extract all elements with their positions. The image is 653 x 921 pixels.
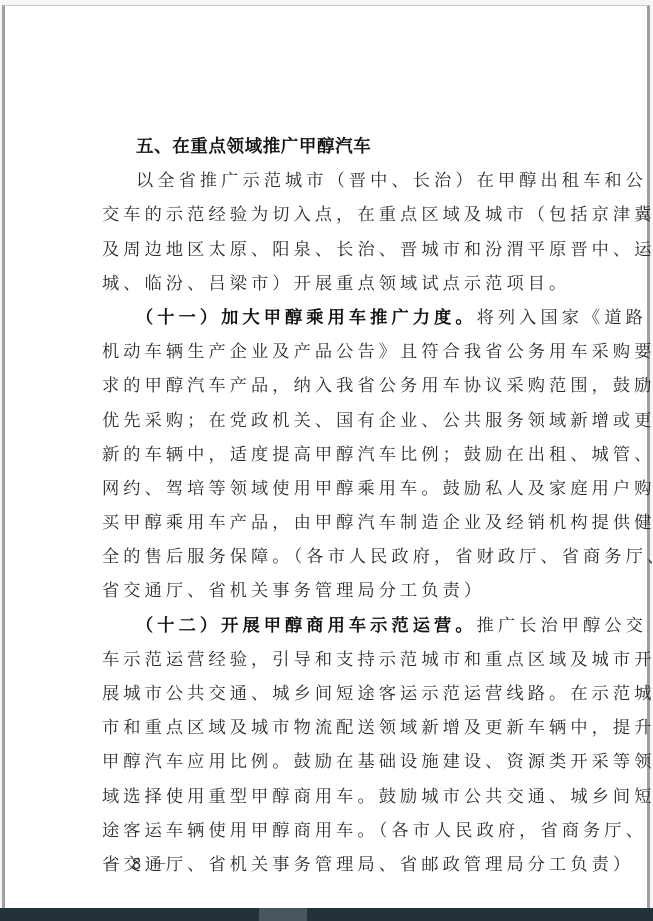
section-heading: 五、在重点领域推广甲醇汽车	[102, 130, 562, 164]
item-11-line: 新的车辆中，适度提高甲醇汽车比例；鼓励在出租、城管、	[102, 438, 562, 472]
item-11-line: 全的售后服务保障。（各市人民政府，省财政厅、省商务厅、	[102, 540, 562, 574]
item-12-first-line: （十二）开展甲醇商用车示范运营。推广长治甲醇公交	[102, 609, 562, 643]
scrollbar-thumb[interactable]	[259, 908, 307, 921]
document-page: 五、在重点领域推广甲醇汽车 以全省推广示范城市（晋中、长治）在甲醇出租车和公 交…	[2, 5, 650, 908]
intro-line: 城、临汾、吕梁市）开展重点领域试点示范项目。	[102, 267, 562, 301]
item-12-line: 展城市公共交通、城乡间短途客运示范运营线路。在示范城	[102, 677, 562, 711]
item-11-title: （十一）加大甲醇乘用车推广力度。	[136, 308, 477, 328]
item-12-title: （十二）开展甲醇商用车示范运营。	[136, 616, 477, 636]
intro-line: 及周边地区太原、阳泉、长治、晋城市和汾渭平原晋中、运	[102, 233, 562, 267]
item-12-text: 推广长治甲醇公交	[477, 616, 647, 636]
item-11-line: 求的甲醇汽车产品，纳入我省公务用车协议采购范围，鼓励	[102, 369, 562, 403]
item-12-line: 域选择使用重型甲醇商用车。鼓励城市公共交通、城乡间短	[102, 780, 562, 814]
item-12-line: 车示范运营经验，引导和支持示范城市和重点区域及城市开	[102, 643, 562, 677]
item-12-line: 甲醇汽车应用比例。鼓励在基础设施建设、资源类开采等领	[102, 745, 562, 779]
item-11-line: 机动车辆生产企业及产品公告》且符合我省公务用车采购要	[102, 335, 562, 369]
item-12-line: 途客运车辆使用甲醇商用车。（各市人民政府，省商务厅、	[102, 814, 562, 848]
item-12-line: 省交通厅、省机关事务管理局、省邮政管理局分工负责）	[102, 848, 562, 882]
intro-line: 交车的示范经验为切入点，在重点区域及城市（包括京津冀	[102, 198, 562, 232]
horizontal-scrollbar[interactable]	[0, 908, 653, 921]
item-11-line: 网约、驾培等领域使用甲醇乘用车。鼓励私人及家庭用户购	[102, 472, 562, 506]
item-11-first-line: （十一）加大甲醇乘用车推广力度。将列入国家《道路	[102, 301, 562, 335]
item-11-line: 省交通厅、省机关事务管理局分工负责）	[102, 574, 562, 608]
item-11-line: 优先采购；在党政机关、国有企业、公共服务领域新增或更	[102, 404, 562, 438]
item-11-text: 将列入国家《道路	[477, 308, 647, 328]
document-body: 五、在重点领域推广甲醇汽车 以全省推广示范城市（晋中、长治）在甲醇出租车和公 交…	[102, 130, 562, 882]
intro-line: 以全省推广示范城市（晋中、长治）在甲醇出租车和公	[102, 164, 562, 198]
item-11-line: 买甲醇乘用车产品，由甲醇汽车制造企业及经销机构提供健	[102, 506, 562, 540]
item-12-line: 市和重点区域及城市物流配送领域新增及更新车辆中，提升	[102, 711, 562, 745]
page-number: － 8 －	[106, 853, 170, 874]
